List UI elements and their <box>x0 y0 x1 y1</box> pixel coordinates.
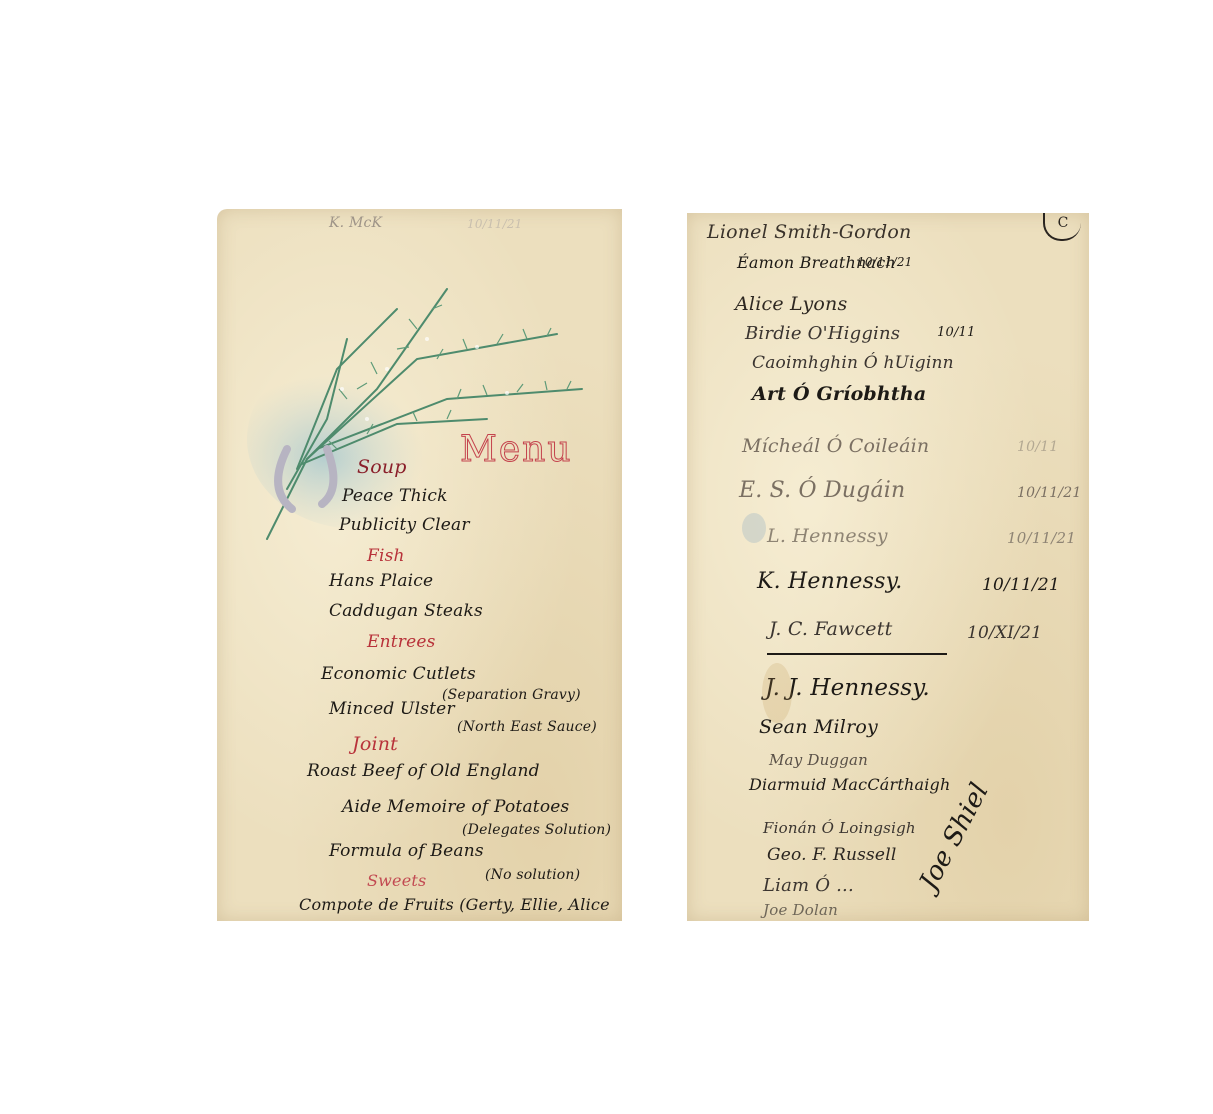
signature: Fionán Ó Loingsigh <box>763 819 916 837</box>
menu-item: Compote de Fruits (Gerty, Ellie, Alice <box>299 895 610 914</box>
signature: Birdie O'Higgins <box>745 323 900 344</box>
signature-date: 10/11/21 <box>1017 485 1081 501</box>
signature: E. S. Ó Dugáin <box>739 478 905 503</box>
menu-item-note: (North East Sauce) <box>457 719 597 735</box>
menu-item: Roast Beef of Old England <box>307 761 540 781</box>
signatures-card: C Lionel Smith-Gordon Éamon Breathnach 1… <box>687 213 1089 921</box>
menu-item: Hans Plaice <box>329 571 433 591</box>
menu-item-note: (No solution) <box>485 867 580 883</box>
menu-item: Formula of Beans <box>329 841 484 861</box>
signature-date: 10/11 <box>937 325 975 340</box>
signature-date: 10/11 <box>1017 439 1058 455</box>
signature-date: 10/11/21 <box>982 575 1060 595</box>
signature: Art Ó Gríobhtha <box>752 383 926 405</box>
signature-underline <box>767 653 947 655</box>
menu-item: Publicity Clear <box>339 515 470 535</box>
menu-item: Peace Thick <box>342 486 448 506</box>
menu-item: Economic Cutlets <box>321 664 476 684</box>
blue-stain <box>742 513 766 543</box>
pencil-annotation: K. McK <box>329 215 382 231</box>
menu-item-note: (Separation Gravy) <box>442 687 581 703</box>
signature: Liam Ó ... <box>763 875 854 896</box>
section-heading-fish: Fish <box>367 546 405 566</box>
menu-item: Aide Memoire of Potatoes <box>342 797 569 817</box>
signature-date: 10/XI/21 <box>967 623 1042 643</box>
signature-date: 10/11/21 <box>857 255 913 269</box>
menu-card: K. McK 10/11/21 <box>217 209 622 921</box>
pencil-date: 10/11/21 <box>467 217 523 231</box>
signature: Joe Dolan <box>763 901 838 919</box>
signature: Alice Lyons <box>735 293 847 315</box>
signature: Mícheál Ó Coileáin <box>742 435 929 457</box>
water-stain <box>762 663 792 723</box>
menu-item: Caddugan Steaks <box>329 601 483 621</box>
signature: Lionel Smith-Gordon <box>707 221 911 243</box>
section-heading-entrees: Entrees <box>367 632 436 652</box>
signature: Caoimhghin Ó hUiginn <box>752 353 954 373</box>
signature-date: 10/11/21 <box>1007 529 1076 547</box>
signature: Geo. F. Russell <box>767 845 896 865</box>
vertical-signature: Joe Shiel <box>914 778 995 895</box>
corner-mark: C <box>1043 213 1081 241</box>
menu-title: Menu <box>460 429 573 470</box>
section-heading-soup: Soup <box>357 456 407 478</box>
section-heading-sweets: Sweets <box>367 871 426 890</box>
signature: J. C. Fawcett <box>769 618 892 640</box>
section-heading-joint: Joint <box>352 733 398 755</box>
signature: K. Hennessy. <box>757 569 902 594</box>
signature: Diarmuid MacCárthaigh <box>749 775 951 794</box>
menu-item-note: (Delegates Solution) <box>462 822 611 838</box>
signature: L. Hennessy <box>767 525 888 547</box>
menu-item: Minced Ulster <box>329 699 455 719</box>
signature: May Duggan <box>769 751 868 769</box>
